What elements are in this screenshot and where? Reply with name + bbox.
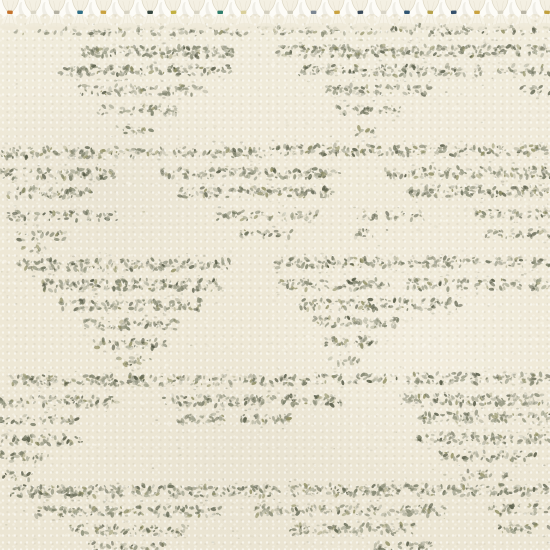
tassel-thread-wrap [241, 10, 247, 14]
tassel-thread-wrap [264, 10, 270, 14]
tassel-thread-wrap [311, 11, 317, 14]
rug-canvas [0, 0, 550, 550]
tassel-thread-wrap [77, 11, 83, 15]
tassel-thread-wrap [7, 10, 13, 14]
tassel-thread-wrap [334, 10, 340, 14]
tassel-thread-wrap [171, 10, 177, 14]
tassel-thread-wrap [54, 11, 60, 15]
tassel-thread-wrap [544, 10, 550, 14]
tassel-thread-wrap [217, 11, 223, 14]
tassel-thread-wrap [451, 11, 457, 15]
tassel-thread-wrap [381, 11, 387, 14]
tassel-thread-wrap [194, 11, 200, 14]
tassel-thread-wrap [101, 11, 107, 15]
tassel-thread-wrap [287, 11, 293, 14]
pattern-specks [0, 19, 550, 550]
tassel-thread-wrap [124, 10, 130, 14]
rug-photo: Close-up overhead photo of a cream ivory… [0, 0, 550, 550]
tassel-thread-wrap [31, 10, 37, 14]
tassel-thread-wrap [404, 11, 410, 15]
tassel-thread-wrap [498, 10, 504, 14]
tassel-thread-wrap [427, 10, 433, 14]
tassel-thread-wrap [474, 11, 480, 14]
tassel-thread-wrap [357, 10, 363, 14]
tassel-thread-wrap [147, 11, 153, 14]
tassel-thread-wrap [521, 11, 527, 14]
